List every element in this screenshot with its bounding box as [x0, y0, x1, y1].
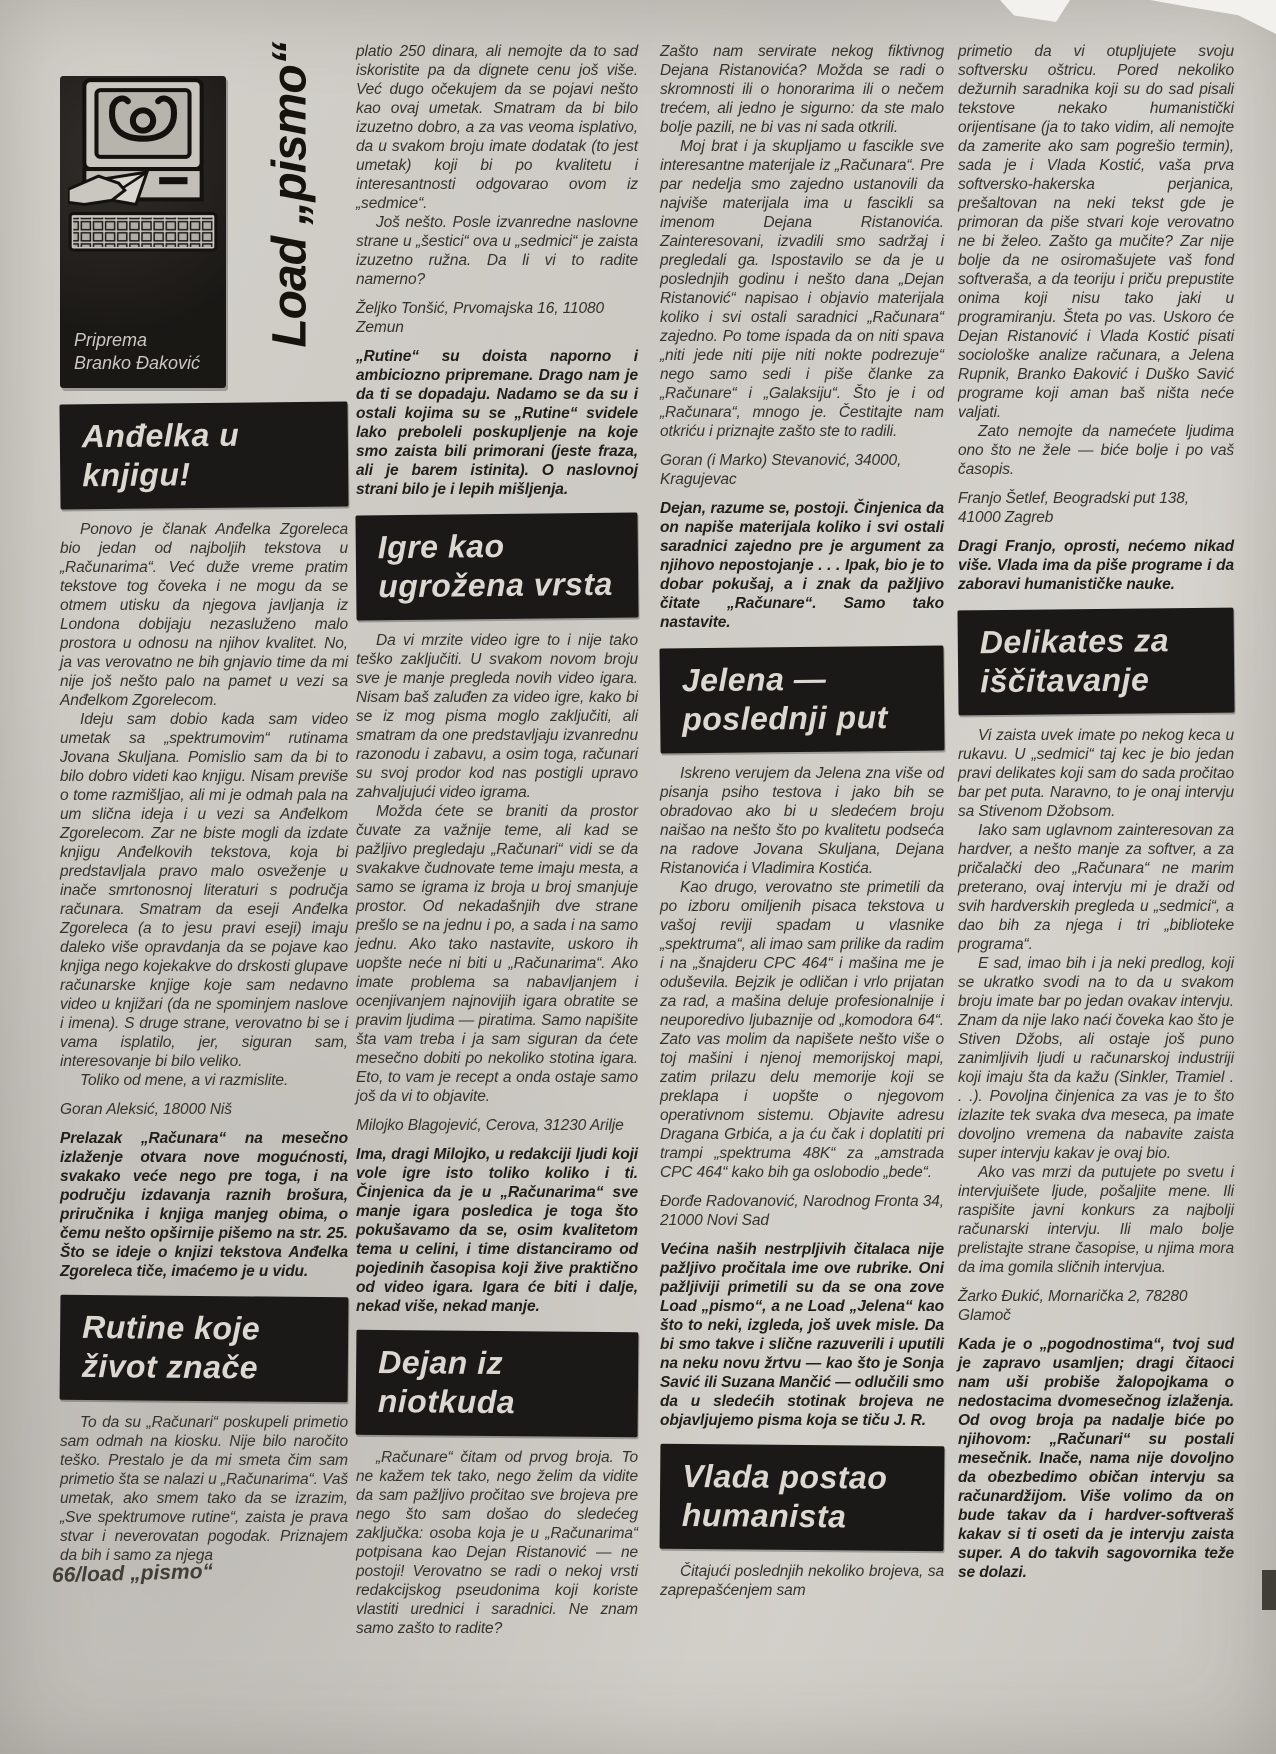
letter-paragraph: To da su „Računari“ poskupeli primetio s… — [60, 1413, 348, 1565]
disk-slot — [159, 177, 187, 184]
magazine-letters-page: Priprema Branko Đaković Anđelka u knjigu… — [0, 0, 1276, 1754]
hand-letter-icon — [68, 172, 147, 204]
masthead-logo-box: Priprema Branko Đaković — [60, 76, 226, 388]
letter-signature: Milojko Blagojević, Cerova, 31230 Arilje — [356, 1116, 638, 1135]
paper-tear-top-middle — [1000, 0, 1070, 22]
page-footer-label: 66/load „pismo“ — [52, 1560, 214, 1588]
column-title-vertical: Load „pismo“ — [234, 46, 346, 344]
ink-smudge-right-edge — [1262, 1570, 1276, 1610]
section-heading: Delikates za iščitavanje — [957, 608, 1234, 716]
letter-paragraph: Vi zaista uvek imate po nekog keca u ruk… — [958, 726, 1234, 821]
editor-reply: Dragi Franjo, oprosti, nećemo nikad više… — [958, 537, 1234, 594]
column-title-text: Load „pismo“ — [263, 42, 318, 347]
letter-paragraph: Ako vas mrzi da putujete po svetu i inte… — [958, 1163, 1234, 1277]
editor-reply: Prelazak „Računara“ na mesečno izlaženje… — [60, 1129, 348, 1281]
letter-signature: Željko Tonšić, Prvomajska 16, 11080 Zemu… — [356, 299, 638, 337]
letter-signature: Žarko Đukić, Mornarička 2, 78280 Glamoč — [958, 1287, 1234, 1325]
letter-paragraph: Ideju sam dobio kada sam video umetak sa… — [60, 710, 348, 1071]
letter-paragraph: Iskreno verujem da Jelena zna više od pi… — [660, 764, 944, 878]
letter-paragraph-continued: Zašto nam servirate nekog fiktivnog Deja… — [660, 42, 944, 137]
letter-paragraph: Čitajući poslednjih nekoliko brojeva, sa… — [660, 1562, 944, 1600]
column-2: platio 250 dinara, ali nemojte da to sad… — [356, 42, 638, 1638]
editor-reply: Većina naših nestrpljivih čitalaca nije … — [660, 1240, 944, 1430]
section-heading: Igre kao ugrožena vrsta — [355, 513, 638, 621]
column-3: Zašto nam servirate nekog fiktivnog Deja… — [660, 42, 944, 1600]
computer-mail-illustration — [68, 76, 218, 254]
letter-paragraph: „Računare“ čitam od prvog broja. To ne k… — [356, 1448, 638, 1638]
preparer-label: Priprema — [74, 329, 200, 352]
keyboard-icon — [70, 214, 216, 250]
editor-reply: Dejan, razume se, postoji. Činjenica da … — [660, 499, 944, 632]
letter-paragraph: Još nešto. Posle izvanredne naslovne str… — [356, 213, 638, 289]
letter-paragraph: Da vi mrzite video igre to i nije tako t… — [356, 631, 638, 802]
letter-paragraph: Možda ćete se braniti da prostor čuvate … — [356, 802, 638, 1106]
letter-paragraph: E sad, imao bih i ja neki predlog, koji … — [958, 954, 1234, 1163]
letter-paragraph: Ponovo je članak Anđelka Zgoreleca bio j… — [60, 520, 348, 710]
letter-paragraph-continued: platio 250 dinara, ali nemojte da to sad… — [356, 42, 638, 213]
editor-reply: Kada je o „pogodnostima“, tvoj sud je za… — [958, 1335, 1234, 1582]
section-heading: Rutine koje život znače — [60, 1295, 349, 1403]
editor-reply: „Rutine“ su doista naporno i ambiciozno … — [356, 347, 638, 499]
letter-signature: Goran (i Marko) Stevanović, 34000, Kragu… — [660, 451, 944, 489]
letter-paragraph-continued: primetio da vi otupljujete svoju softver… — [958, 42, 1234, 422]
letter-signature: Goran Aleksić, 18000 Niš — [60, 1100, 348, 1119]
preparer-name: Branko Đaković — [74, 352, 200, 375]
paper-tear-top-right — [1150, 0, 1276, 34]
preparer-credit: Priprema Branko Đaković — [74, 329, 200, 374]
letter-signature: Đorđe Radovanović, Narodnog Fronta 34, 2… — [660, 1192, 944, 1230]
section-heading: Anđelka u knjigu! — [59, 401, 348, 509]
section-heading: Dejan iz niotkuda — [356, 1330, 639, 1438]
section-heading: Jelena — poslednji put — [659, 646, 944, 754]
letter-paragraph: Iako sam uglavnom zainteresovan za hardv… — [958, 821, 1234, 954]
column-4: primetio da vi otupljujete svoju softver… — [958, 42, 1234, 1585]
letter-paragraph: Moj brat i ja skupljamo u fascikle sve i… — [660, 137, 944, 441]
section-heading: Vlada postao humanista — [660, 1444, 945, 1552]
editor-reply: Ima, dragi Milojko, u redakciji ljudi ko… — [356, 1145, 638, 1316]
letter-signature: Franjo Šetlef, Beogradski put 138, 41000… — [958, 489, 1234, 527]
letter-paragraph: Toliko od mene, a vi razmislite. — [60, 1071, 348, 1090]
letter-paragraph: Kao drugo, verovatno ste primetili da po… — [660, 878, 944, 1182]
letter-paragraph: Zato nemojte da namećete ljudima ono što… — [958, 422, 1234, 479]
